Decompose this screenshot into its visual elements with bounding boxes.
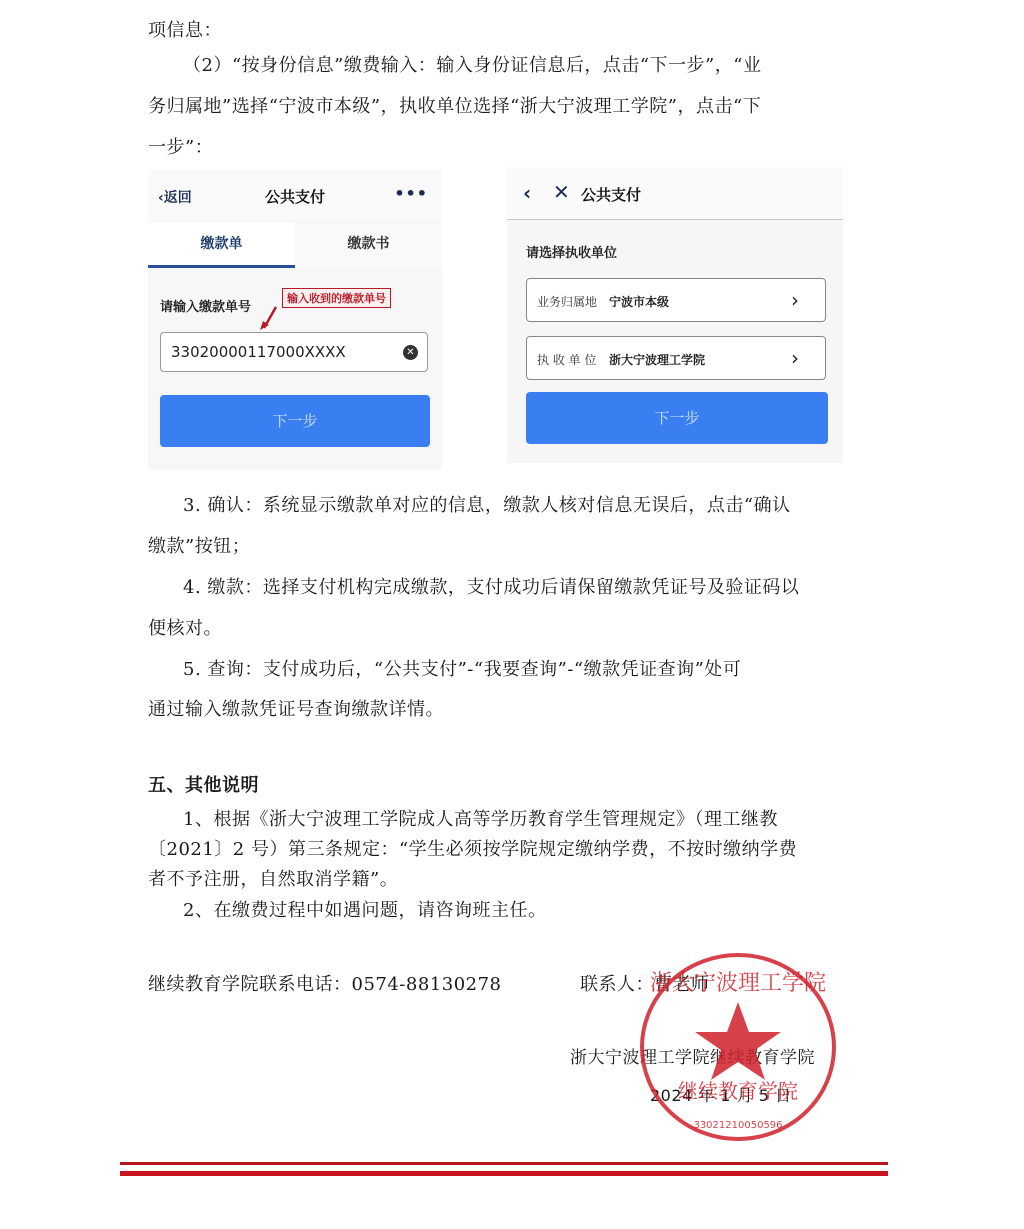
date: 2024 年 1 月 5 日	[650, 1086, 850, 1106]
nav-title: 公共支付	[581, 184, 641, 205]
signature: 浙大宁波理工学院继续教育学院	[570, 1048, 860, 1068]
input-value: 33020000117000XXXX	[171, 343, 346, 361]
paragraph-line: 一步”：	[148, 138, 860, 158]
paragraph-line: 1、根据《浙大宁波理工学院成人高等学历教育学生管理规定》（理工继教	[183, 810, 895, 830]
input-label: 请输入缴款单号	[160, 296, 251, 315]
contact-person: 联系人：曹老师	[580, 975, 780, 995]
paragraph-line: （2）“按身份信息”缴费输入：输入身份证信息后，点击“下一步”，“业	[183, 56, 895, 76]
collection-unit-row[interactable]: 执 收 单 位 浙大宁波理工学院 ›	[526, 336, 826, 380]
next-button[interactable]: 下一步	[160, 395, 430, 447]
row-value: 浙大宁波理工学院	[609, 351, 705, 368]
svg-text:33021210050596: 33021210050596	[693, 1120, 782, 1131]
tab-payment-slip[interactable]: 缴款单	[148, 222, 295, 268]
paragraph-line: 3. 确认：系统显示缴款单对应的信息，缴款人核对信息无误后，点击“确认	[183, 496, 895, 516]
paragraph-line: 通过输入缴款凭证号查询缴款详情。	[148, 700, 860, 720]
section-heading: 请选择执收单位	[526, 242, 617, 261]
paragraph-line: 务归属地”选择“宁波市本级”，执收单位选择“浙大宁波理工学院”，点击“下	[148, 97, 860, 117]
paragraph-line: 5. 查询：支付成功后，“公共支付”-“我要查询”-“缴款凭证查询”处可	[183, 660, 895, 680]
annotation-callout: 输入收到的缴款单号	[282, 288, 391, 308]
row-value: 宁波市本级	[609, 293, 669, 310]
next-button[interactable]: 下一步	[526, 392, 828, 444]
paragraph-line: 2、在缴费过程中如遇问题，请咨询班主任。	[183, 901, 895, 921]
paragraph-line: 者不予注册，自然取消学籍”。	[148, 870, 860, 890]
row-key: 业务归属地	[537, 293, 597, 310]
nav-bar: ‹ ✕ 公共支付	[507, 167, 843, 220]
close-icon[interactable]: ✕	[553, 180, 570, 204]
paragraph-line: 项信息：	[148, 21, 860, 41]
divider-rule	[120, 1171, 888, 1176]
paragraph-line: 〔2021〕2 号）第三条规定：“学生必须按学院规定缴纳学费，不按时缴纳学费	[148, 840, 860, 860]
nav-bar: ‹返回 公共支付 •••	[148, 170, 442, 220]
payment-number-input[interactable]: 33020000117000XXXX ✕	[160, 332, 428, 372]
tab-bar: 缴款单 缴款书	[148, 222, 442, 268]
back-icon[interactable]: ‹	[523, 181, 531, 205]
contact-phone: 继续教育学院联系电话：0574-88130278	[148, 975, 508, 995]
more-icon[interactable]: •••	[394, 184, 428, 203]
chevron-right-icon: ›	[791, 288, 799, 312]
chevron-right-icon: ›	[791, 346, 799, 370]
screenshot-payment-slip: ‹返回 公共支付 ••• 缴款单 缴款书 请输入缴款单号 输入收到的缴款单号 3…	[148, 170, 442, 470]
paragraph-line: 4. 缴款：选择支付机构完成缴款，支付成功后请保留缴款凭证号及验证码以	[183, 578, 895, 598]
tab-payment-notice[interactable]: 缴款书	[295, 222, 442, 268]
section-title: 五、其他说明	[148, 776, 860, 796]
clear-icon[interactable]: ✕	[403, 345, 418, 360]
arrow-icon	[260, 306, 278, 332]
screenshot-collection-unit: ‹ ✕ 公共支付 请选择执收单位 业务归属地 宁波市本级 › 执 收 单 位 浙…	[507, 167, 843, 463]
row-key: 执 收 单 位	[537, 351, 596, 368]
divider-rule	[120, 1162, 888, 1165]
paragraph-line: 缴款”按钮；	[148, 537, 860, 557]
business-region-row[interactable]: 业务归属地 宁波市本级 ›	[526, 278, 826, 322]
paragraph-line: 便核对。	[148, 619, 860, 639]
